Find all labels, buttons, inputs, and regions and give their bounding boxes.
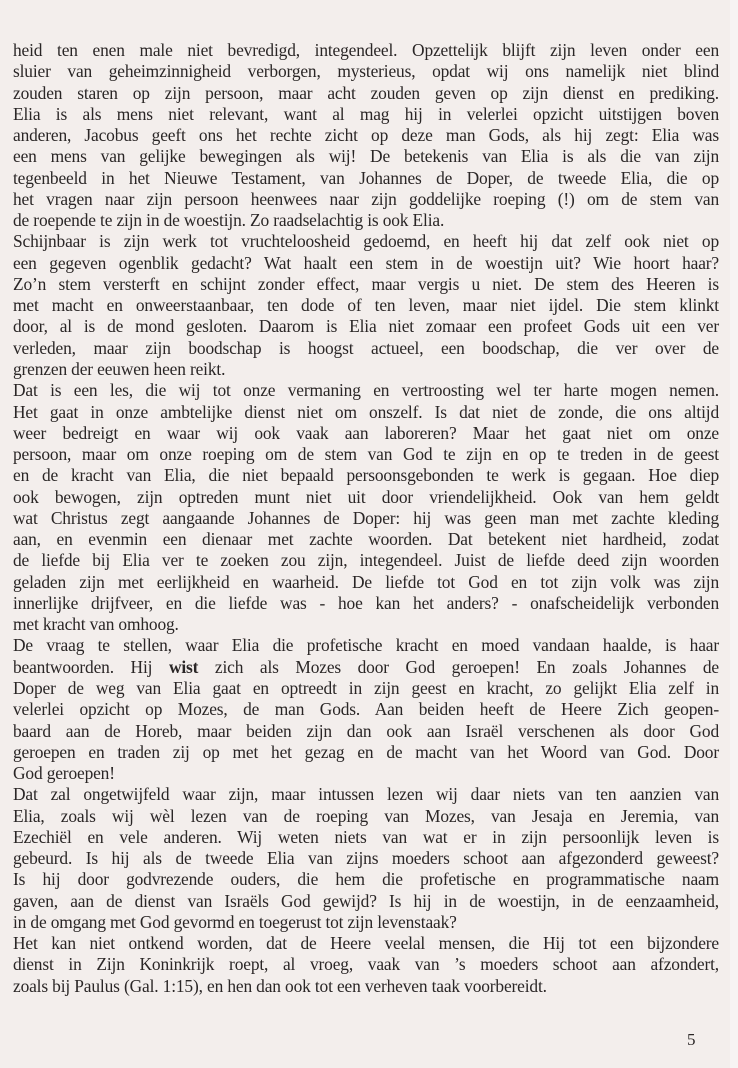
text-line: geroepen en traden zij op met het gezag …	[13, 742, 719, 763]
text-line: Zo’n stem versterft en schijnt zonder ef…	[13, 274, 719, 295]
text-line: ook bewogen, zijn optreden munt niet uit…	[13, 487, 719, 508]
page-edge	[730, 0, 738, 1068]
text-line: wat Christus zegt aangaande Johannes de …	[13, 508, 719, 529]
text-line: Is hij door godvrezende ouders, die hem …	[13, 869, 719, 890]
text-line: Dat zal ongetwijfeld waar zijn, maar int…	[13, 784, 719, 805]
text-line: de liefde bij Elia ver te zoeken zou zij…	[13, 550, 719, 571]
text-line: gaven, aan de dienst van Israëls God gew…	[13, 891, 719, 912]
text-line: anderen, Jacobus geeft ons het rechte zi…	[13, 125, 719, 146]
text-line: grenzen der eeuwen heen reikt.	[13, 359, 719, 380]
document-page: heid ten enen male niet bevredigd, integ…	[0, 0, 730, 1068]
text-line: Elia is als mens niet relevant, want al …	[13, 104, 719, 125]
text-line: en de kracht van Elia, die niet bepaald …	[13, 465, 719, 486]
text-line: het vragen naar zijn persoon heenwees na…	[13, 189, 719, 210]
text-line-emphasis: beantwoorden. Hij wist zich als Mozes do…	[13, 657, 719, 678]
text-line: De vraag te stellen, waar Elia die profe…	[13, 635, 719, 656]
text-line: heid ten enen male niet bevredigd, integ…	[13, 40, 719, 61]
text-line: geladen zijn met eerlijkheid en waarheid…	[13, 572, 719, 593]
text-line: Elia, zoals wij wèl lezen van de roeping…	[13, 806, 719, 827]
text-line: een gegeven ogenblik gedacht? Wat haalt …	[13, 253, 719, 274]
text-line: persoon, maar om onze roeping om de stem…	[13, 444, 719, 465]
text-line: Dat is een les, die wij tot onze vermani…	[13, 380, 719, 401]
text-line: verleden, maar zijn boodschap is hoogst …	[13, 338, 719, 359]
text-line: Het gaat in onze ambtelijke dienst niet …	[13, 402, 719, 423]
text-line: baard aan de Horeb, maar beiden zijn dan…	[13, 721, 719, 742]
text-line: innerlijke drijfveer, en die liefde was …	[13, 593, 719, 614]
text-line: Schijnbaar is zijn werk tot vruchteloosh…	[13, 231, 719, 252]
text-line: God geroepen!	[13, 763, 719, 784]
text-line: Ezechiël en vele anderen. Wij weten niet…	[13, 827, 719, 848]
text-line: met macht en onweerstaanbaar, ten dode o…	[13, 295, 719, 316]
text-line: de roepende te zijn in de woestijn. Zo r…	[13, 210, 719, 231]
text-line: zoals bij Paulus (Gal. 1:15), en hen dan…	[13, 976, 719, 997]
text-line: Het kan niet ontkend worden, dat de Heer…	[13, 933, 719, 954]
text-line: met kracht van omhoog.	[13, 614, 719, 635]
text-line: sluier van geheimzinnigheid verborgen, m…	[13, 61, 719, 82]
text-line: aan, en evenmin een dienaar met zachte w…	[13, 529, 719, 550]
bold-word: wist	[169, 657, 198, 677]
body-text: heid ten enen male niet bevredigd, integ…	[13, 40, 719, 997]
text-line: gebeurd. Is hij als de tweede Elia van z…	[13, 848, 719, 869]
text-line: een mens van gelijke bewegingen als wij!…	[13, 146, 719, 167]
text-line: zouden staren op zijn persoon, maar acht…	[13, 83, 719, 104]
text-line: door, al is de mond gesloten. Daarom is …	[13, 316, 719, 337]
text-line: tegenbeeld in het Nieuwe Testament, van …	[13, 168, 719, 189]
text-line: Doper de weg van Elia gaat en optreedt i…	[13, 678, 719, 699]
text-line: velerlei opzicht op Mozes, de man Gods. …	[13, 699, 719, 720]
text-line: weer bedreigt en waar wij ook vaak aan l…	[13, 423, 719, 444]
text-line: in de omgang met God gevormd en toegerus…	[13, 912, 719, 933]
page-number: 5	[687, 1030, 696, 1050]
text-line: dienst in Zijn Koninkrijk roept, al vroe…	[13, 954, 719, 975]
